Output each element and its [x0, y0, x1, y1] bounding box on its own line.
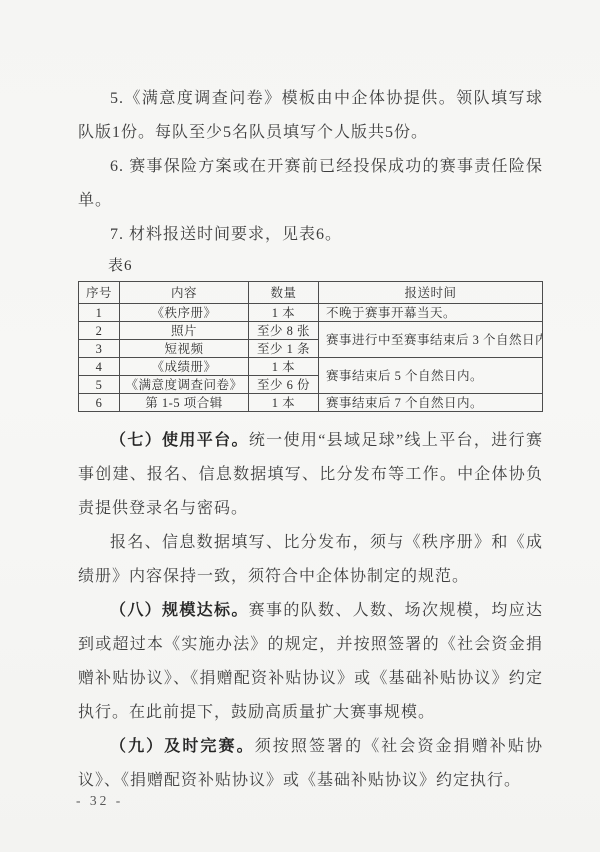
- section-7-paragraph-2: 报名、信息数据填写、比分发布，须与《秩序册》和《成绩册》内容保持一致，须符合中企…: [78, 526, 543, 594]
- cell-content: 第 1-5 项合辑: [120, 394, 249, 412]
- table-row: 1 《秩序册》 1 本 不晚于赛事开幕当天。: [79, 304, 543, 322]
- cell-content: 短视频: [120, 340, 249, 358]
- table-header-row: 序号 内容 数量 报送时间: [79, 282, 543, 304]
- cell-time: 不晚于赛事开幕当天。: [319, 304, 543, 322]
- section-8-paragraph: （八）规模达标。赛事的队数、人数、场次规模，均应达到或超过本《实施办法》的规定，…: [78, 594, 543, 730]
- paragraph-item-5: 5.《满意度调查问卷》模板由中企体协提供。领队填写球队版1份。每队至少5名队员填…: [78, 82, 543, 150]
- col-header-deadline: 报送时间: [319, 282, 543, 304]
- table-row: 2 照片 至少 8 张 赛事进行中至赛事结束后 3 个自然日内。: [79, 322, 543, 340]
- table-row: 6 第 1-5 项合辑 1 本 赛事结束后 7 个自然日内。: [79, 394, 543, 412]
- section-9-heading: （九）及时完赛。: [110, 738, 255, 755]
- cell-time: 赛事结束后 7 个自然日内。: [319, 394, 543, 412]
- cell-no: 5: [79, 376, 120, 394]
- table-row: 4 《成绩册》 1 本 赛事结束后 5 个自然日内。: [79, 358, 543, 376]
- cell-content: 照片: [120, 322, 249, 340]
- cell-content: 《满意度调查问卷》: [120, 376, 249, 394]
- table-caption: 表6: [78, 252, 543, 280]
- col-header-quantity: 数量: [249, 282, 319, 304]
- cell-no: 2: [79, 322, 120, 340]
- paragraph-item-7: 7. 材料报送时间要求，见表6。: [78, 218, 543, 252]
- cell-no: 6: [79, 394, 120, 412]
- paragraph-item-6: 6. 赛事保险方案或在开赛前已经投保成功的赛事责任险保单。: [78, 150, 543, 218]
- cell-content: 《秩序册》: [120, 304, 249, 322]
- cell-content: 《成绩册》: [120, 358, 249, 376]
- cell-time-merged: 赛事进行中至赛事结束后 3 个自然日内。: [319, 322, 543, 358]
- cell-no: 1: [79, 304, 120, 322]
- cell-qty: 1 本: [249, 304, 319, 322]
- section-7-heading: （七）使用平台。: [110, 432, 249, 449]
- page-number: - 32 -: [76, 793, 123, 809]
- col-header-content: 内容: [120, 282, 249, 304]
- section-7-paragraph: （七）使用平台。统一使用“县域足球”线上平台，进行赛事创建、报名、信息数据填写、…: [78, 424, 543, 526]
- cell-no: 3: [79, 340, 120, 358]
- cell-qty: 1 本: [249, 394, 319, 412]
- col-header-index: 序号: [79, 282, 120, 304]
- section-8-heading: （八）规模达标。: [110, 602, 249, 619]
- materials-submission-table: 序号 内容 数量 报送时间 1 《秩序册》 1 本 不晚于赛事开幕当天。 2 照…: [78, 281, 543, 412]
- cell-qty: 至少 8 张: [249, 322, 319, 340]
- cell-qty: 至少 1 条: [249, 340, 319, 358]
- section-9-paragraph: （九）及时完赛。须按照签署的《社会资金捐赠补贴协议》、《捐赠配资补贴协议》或《基…: [78, 730, 543, 798]
- cell-qty: 至少 6 份: [249, 376, 319, 394]
- document-page: 5.《满意度调查问卷》模板由中企体协提供。领队填写球队版1份。每队至少5名队员填…: [0, 0, 600, 852]
- cell-qty: 1 本: [249, 358, 319, 376]
- cell-no: 4: [79, 358, 120, 376]
- cell-time-merged: 赛事结束后 5 个自然日内。: [319, 358, 543, 394]
- section-8-body: 赛事的队数、人数、场次规模，均应达到或超过本《实施办法》的规定，并按照签署的《社…: [78, 602, 543, 721]
